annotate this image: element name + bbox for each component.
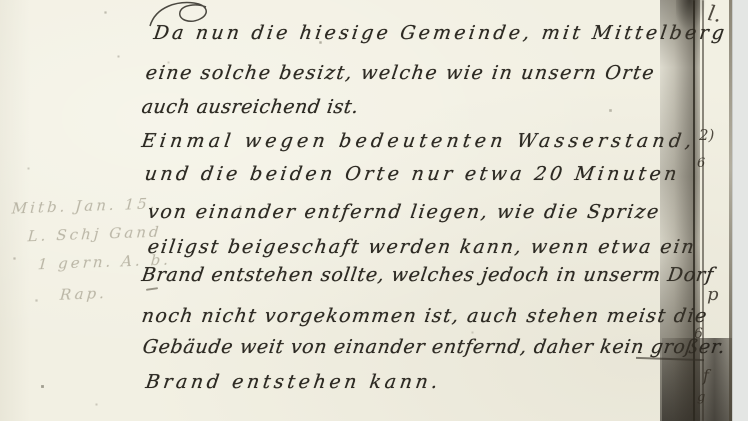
ink-fragment: g [697, 390, 705, 405]
manuscript-line: auch ausreichend ist. [140, 94, 360, 120]
ink-fragment: 6 [697, 156, 705, 171]
scan-background-strip [732, 0, 748, 421]
gutter-dark-bottom-blotch [662, 338, 732, 421]
manuscript-line: von einander entfernd liegen, wie die Sp… [146, 199, 662, 225]
manuscript-line: und die beiden Orte nur etwa 20 Minuten [143, 161, 682, 187]
stray-pen-dash [146, 287, 158, 291]
paper-specks [0, 0, 1, 1]
manuscript-line: Da nun die hiesige Gemeinde, mit Mittelb… [152, 20, 729, 46]
manuscript-line: eine solche besizt, welche wie in unsern… [144, 60, 657, 86]
ink-fragment: 6 [694, 326, 703, 342]
gutter-rule-line [702, 0, 704, 421]
pencil-note-line: Rap. [59, 284, 107, 304]
manuscript-line: Brand entstehen kann. [144, 369, 443, 395]
ink-fragment: f [703, 366, 709, 385]
manuscript-line: Brand entstehen sollte, welches jedoch i… [140, 262, 716, 288]
manuscript-line: noch nicht vorgekommen ist, auch stehen … [140, 303, 710, 329]
pencil-note-line: L. Schj Gand [27, 223, 162, 246]
ink-fragment: 2) [699, 126, 714, 144]
manuscript-line: Einmal wegen bedeutenten Wasserstand, [140, 128, 697, 154]
ink-fragment: p [707, 284, 719, 305]
manuscript-line: eiligst beigeschaft werden kann, wenn et… [146, 234, 697, 260]
pencil-note-line: Mitb. Jan. 15. [11, 194, 158, 217]
scanned-manuscript-page: Da nun die hiesige Gemeinde, mit Mittelb… [0, 0, 748, 421]
